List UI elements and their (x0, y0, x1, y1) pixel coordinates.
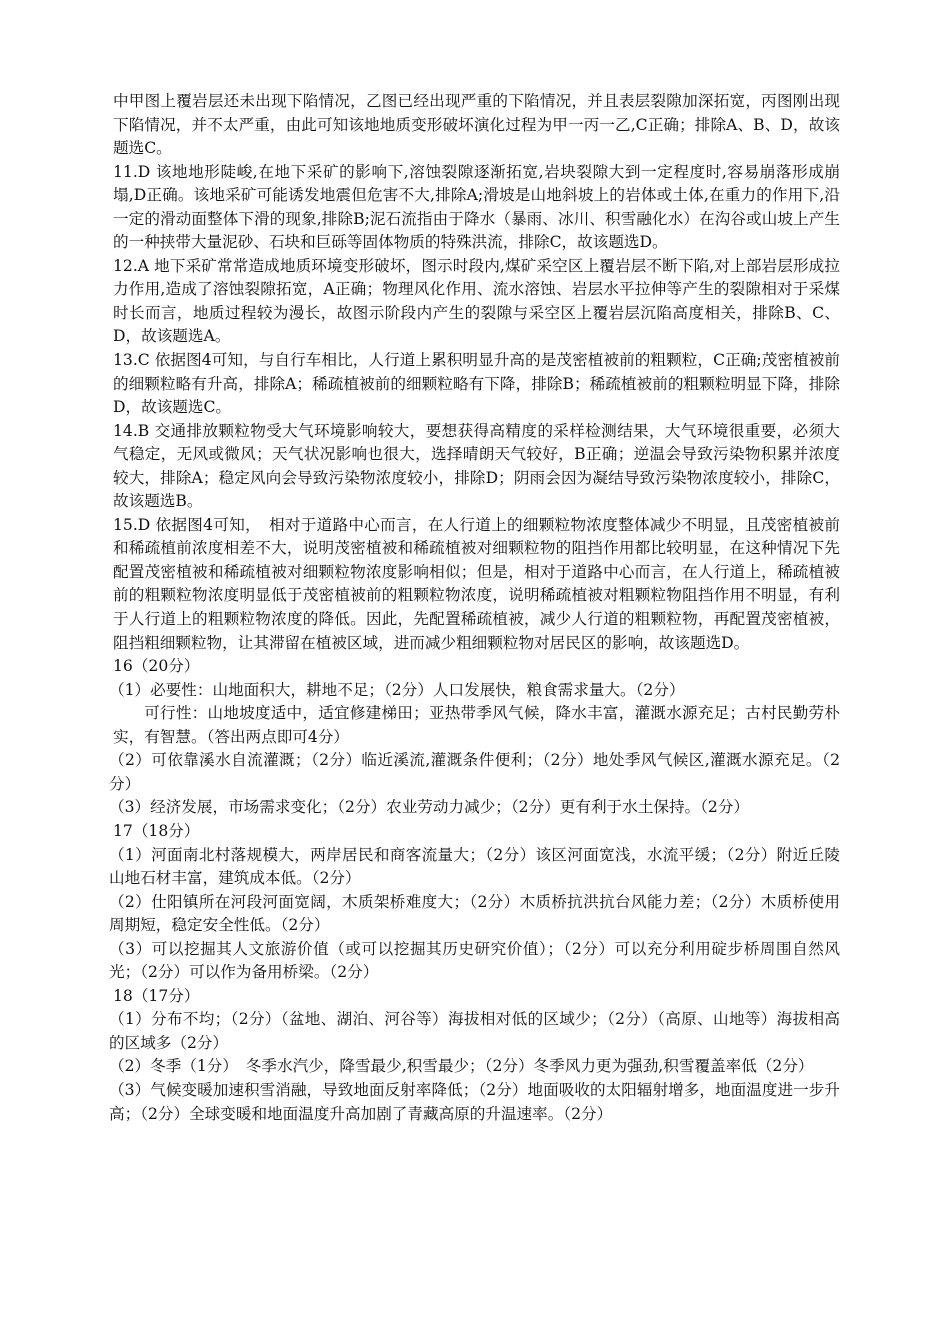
answer-q14: 14.B 交通排放颗粒物受大气环境影响较大，要想获得高精度的采样检测结果，大气环… (113, 420, 840, 514)
answer-q18-3: （3）气候变暖加速积雪消融，导致地面反射率降低；（2分）地面吸收的太阳辐射增多，… (109, 1079, 840, 1126)
answer-q17-2: （2）仕阳镇所在河段河面宽阔，木质架桥难度大；（2分）木质桥抗洪抗台风能力差；（… (109, 891, 840, 938)
answer-q17-1: （1）河面南北村落规模大，两岸居民和商客流量大；（2分）该区河面宽浅，水流平缓；… (109, 844, 840, 891)
answer-q16-1-feasibility: 可行性：山地坡度适中，适宜修建梯田；亚热带季风气候，降水丰富，灌溉水源充足；古村… (113, 702, 840, 749)
answer-q13: 13.C 依据图4可知，与自行车相比，人行道上累积明显升高的是茂密植被前的粗颗粒… (113, 349, 840, 420)
answer-q15: 15.D 依据图4可知， 相对于道路中心而言，在人行道上的细颗粒物浓度整体减少不… (113, 514, 840, 655)
answer-q18-2: （2）冬季（1分） 冬季水汽少，降雪最少,积雪最少；（2分）冬季风力更为强劲,积… (109, 1055, 840, 1079)
q18-heading: 18（17分） (113, 985, 840, 1009)
answer-q16-1-necessity: （1）必要性：山地面积大，耕地不足；（2分）人口发展快，粮食需求量大。（2分） (109, 679, 840, 703)
answer-q12: 12.A 地下采矿常常造成地质环境变形破坏，图示时段内,煤矿采空区上覆岩层不断下… (113, 255, 840, 349)
answer-q10-continuation: 中甲图上覆岩层还未出现下陷情况，乙图已经出现严重的下陷情况，并且表层裂隙加深拓宽… (113, 90, 840, 161)
q16-heading: 16（20分） (113, 655, 840, 679)
answer-q17-3: （3）可以挖掘其人文旅游价值（或可以挖掘其历史研究价值）；（2分）可以充分利用碇… (109, 938, 840, 985)
answer-q11: 11.D 该地地形陡峻,在地下采矿的影响下,溶蚀裂隙逐渐拓宽,岩块裂隙大到一定程… (113, 161, 840, 255)
answer-q18-1: （1）分布不均；（2分）（盆地、湖泊、河谷等）海拔相对低的区域少；（2分）（高原… (109, 1008, 840, 1055)
answer-q16-3: （3）经济发展，市场需求变化；（2分）农业劳动力减少；（2分）更有利于水土保持。… (109, 796, 840, 820)
answer-document: 中甲图上覆岩层还未出现下陷情况，乙图已经出现严重的下陷情况，并且表层裂隙加深拓宽… (113, 90, 840, 1126)
answer-q16-2: （2）可依靠溪水自流灌溉；（2分）临近溪流,灌溉条件便利；（2分）地处季风气候区… (109, 749, 840, 796)
q17-heading: 17（18分） (113, 820, 840, 844)
